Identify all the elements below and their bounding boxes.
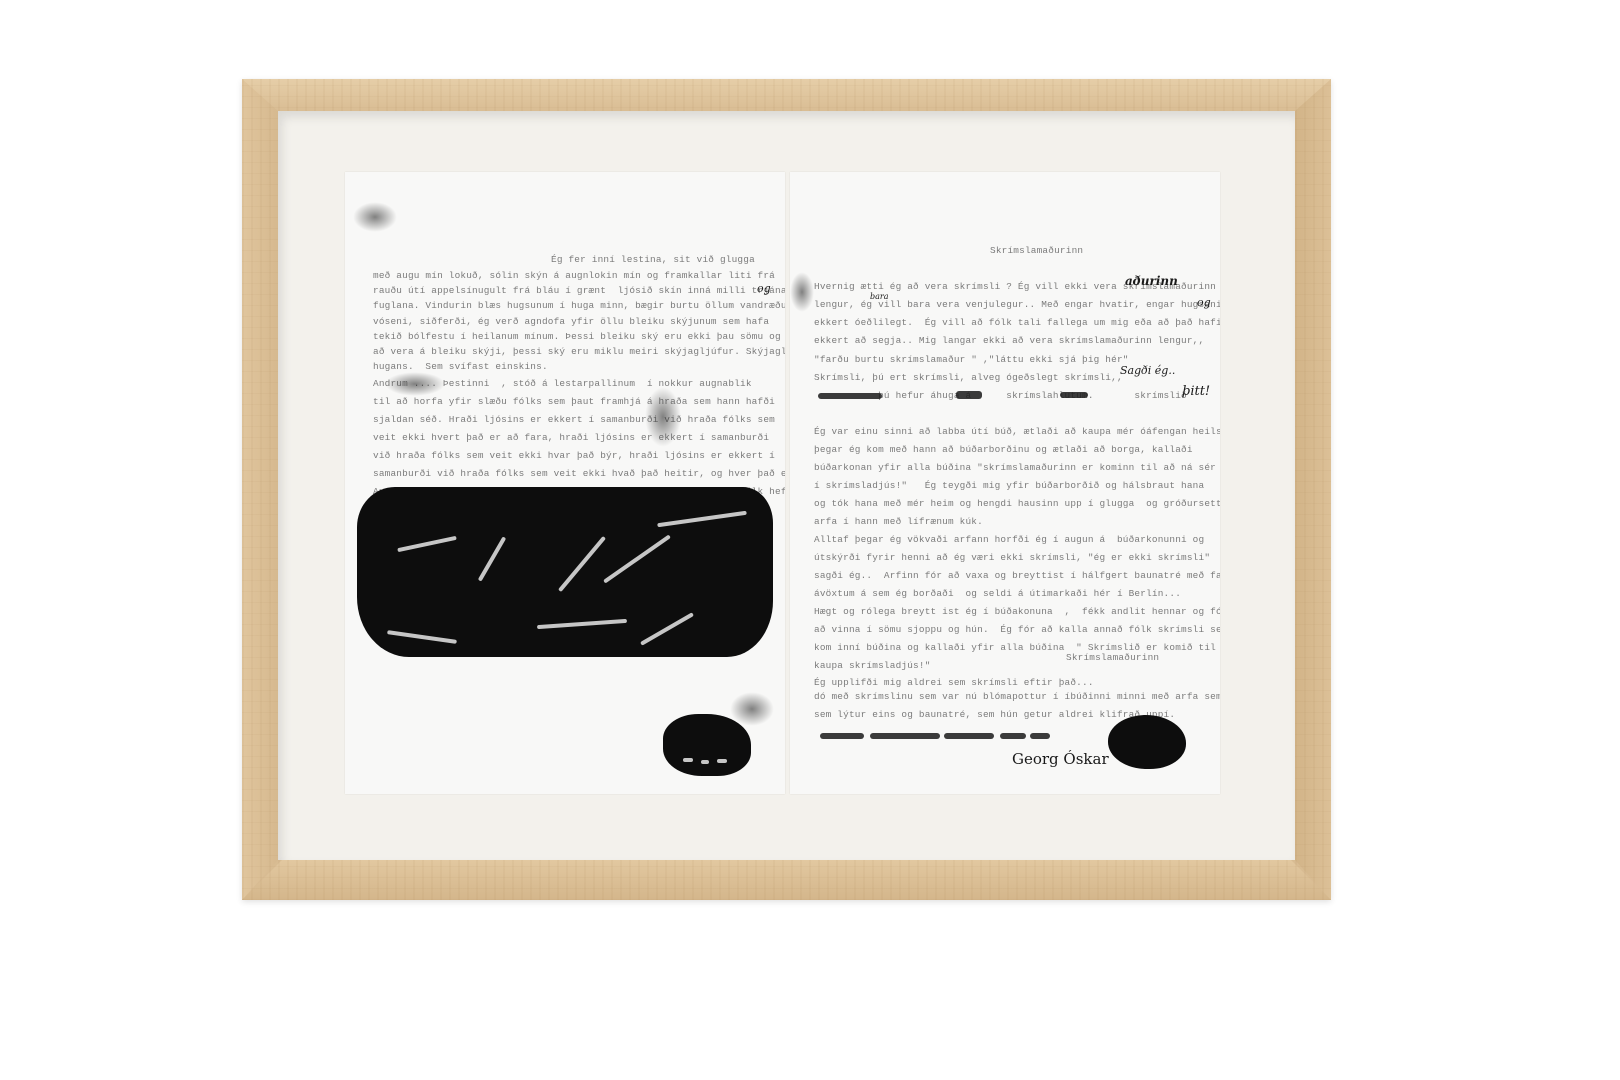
text-line: ekkert óeðlilegt. Ég vill að fólk tali f… [814, 318, 1220, 327]
page-title: Skrímslamaðurinn [990, 246, 1083, 255]
text-line: Ég fer inní lestina, sit við glugga [551, 255, 755, 264]
paint-streak [537, 619, 627, 629]
ink-smudge [730, 692, 774, 726]
scribble-redaction [818, 393, 882, 399]
paint-streak [640, 612, 694, 645]
text-line: að vinna í sömu sjoppu og hún. Ég fór að… [814, 625, 1220, 634]
ink-smudge [645, 387, 681, 447]
paint-streak [657, 511, 747, 527]
frame-left-rail [242, 79, 278, 900]
scribble-redaction [956, 391, 982, 399]
artist-signature: Georg Óskar [1012, 750, 1109, 768]
text-line: sem lýtur eins og baunatré, sem hún getu… [814, 710, 1175, 719]
scribble-redaction [870, 733, 940, 739]
text-line: Hægt og rólega breytt ist ég í búðakonun… [814, 607, 1220, 616]
paint-streak [603, 534, 671, 583]
paint-streak [397, 536, 457, 552]
text-line: Ég upplifði mig aldrei sem skrímsli efti… [814, 678, 1094, 687]
black-paint-mass [357, 487, 773, 657]
handwritten-sagdi-eg: Sagði ég.. [1120, 364, 1175, 377]
text-line: útskýrði fyrir henni að ég væri ekki skr… [814, 553, 1210, 562]
black-paint-blob [1108, 715, 1186, 769]
inline-title-label: Skrímslamaðurinn [1066, 653, 1159, 662]
handwritten-correction: aðurinn [1125, 274, 1178, 288]
scribble-redaction [944, 733, 994, 739]
frame-right-rail [1295, 79, 1331, 900]
frame-top-rail [242, 79, 1331, 111]
text-line: með augu mín lokuð, sólin skýn á augnlok… [373, 271, 775, 280]
paint-streak [717, 759, 727, 763]
text-line: lengur, ég vill bara vera venjulegur.. M… [814, 300, 1220, 309]
scribble-redaction [1000, 733, 1026, 739]
text-line: sjaldan séð. Hraði ljósins er ekkert í s… [373, 415, 775, 424]
text-line: Skrímsli, þú ert skrímsli, alveg ógeðsle… [814, 373, 1123, 382]
text-line: ávöxtum á sem ég borðaði og seldi á útim… [814, 589, 1181, 598]
paint-streak [387, 630, 457, 644]
scribble-redaction [820, 733, 864, 739]
text-line: Alltaf þegar ég vökvaði arfann horfði ég… [814, 535, 1204, 544]
scribble-redaction [1060, 392, 1088, 398]
frame-bottom-rail [242, 860, 1331, 900]
text-line: þegar ég kom með hann að búðarborðinu og… [814, 445, 1193, 454]
scribble-redaction [1030, 733, 1050, 739]
left-typewritten-page: Ég fer inní lestina, sit við glugga með … [345, 172, 785, 794]
text-line: í skrímsladjús!" Ég teygði mig yfir búða… [814, 481, 1204, 490]
paint-streak [558, 536, 606, 592]
handwritten-thitt: þitt! [1182, 384, 1210, 399]
handwritten-insertion: bara [870, 292, 888, 301]
text-line: kaupa skrímsladjús!" [814, 661, 931, 670]
text-line: til að horfa yfir slæðu fólks sem þaut f… [373, 397, 775, 406]
paint-streak [683, 758, 693, 762]
text-line: búðarkonan yfir alla búðina "skrímslamað… [814, 463, 1216, 472]
left-page-text: Ég fer inní lestina, sit við glugga með … [373, 172, 779, 341]
text-line: samanburði við hraða fólks sem veit ekki… [373, 469, 785, 478]
text-line: við hraða fólks sem veit ekki hvar það b… [373, 451, 775, 460]
text-line: Ég var einu sinni að labba útí búð, ætla… [814, 427, 1220, 436]
black-paint-blob [663, 714, 751, 776]
text-line: kom inní búðina og kallaði yfir alla búð… [814, 643, 1220, 652]
text-line: "farðu burtu skrímslamaður " ,"láttu ekk… [814, 355, 1129, 364]
handwritten-og: og [1197, 296, 1211, 309]
text-line: veit ekki hvert það er að fara, hraði lj… [373, 433, 769, 442]
text-line: sagði ég.. Arfinn fór að vaxa og breytti… [814, 571, 1220, 580]
text-line: fuglana. Vindurin blæs hugsunum í huga m… [373, 301, 785, 310]
text-line: arfa í hann með lífrænum kúk. [814, 517, 983, 526]
text-line: rauðu útí appelsínugult frá bláu í grænt… [373, 286, 785, 295]
paint-streak [478, 536, 506, 581]
text-line: dó með skrímslinu sem var nú blómapottur… [814, 692, 1220, 701]
text-line: og tók hana með mér heim og hengdi hausi… [814, 499, 1220, 508]
text-line: ekkert að segja.. Mig langar ekki að ver… [814, 336, 1204, 345]
right-typewritten-page: Skrímslamaðurinn Hvernig ætti ég að vera… [790, 172, 1220, 794]
text-line: tekið bólfestu í heilanum mínum. Þessi b… [373, 332, 781, 341]
ink-smudge [385, 372, 445, 396]
text-line: hugans. Sem svífast einskins. [373, 362, 548, 371]
paint-streak [701, 760, 709, 764]
ink-smudge [790, 272, 814, 312]
text-line: að vera á bleiku skýji, þessi ský eru mi… [373, 347, 785, 356]
handwritten-og: og [757, 282, 771, 295]
text-line: vóseni, siðferði, ég verð agndofa yfir ö… [373, 317, 769, 326]
